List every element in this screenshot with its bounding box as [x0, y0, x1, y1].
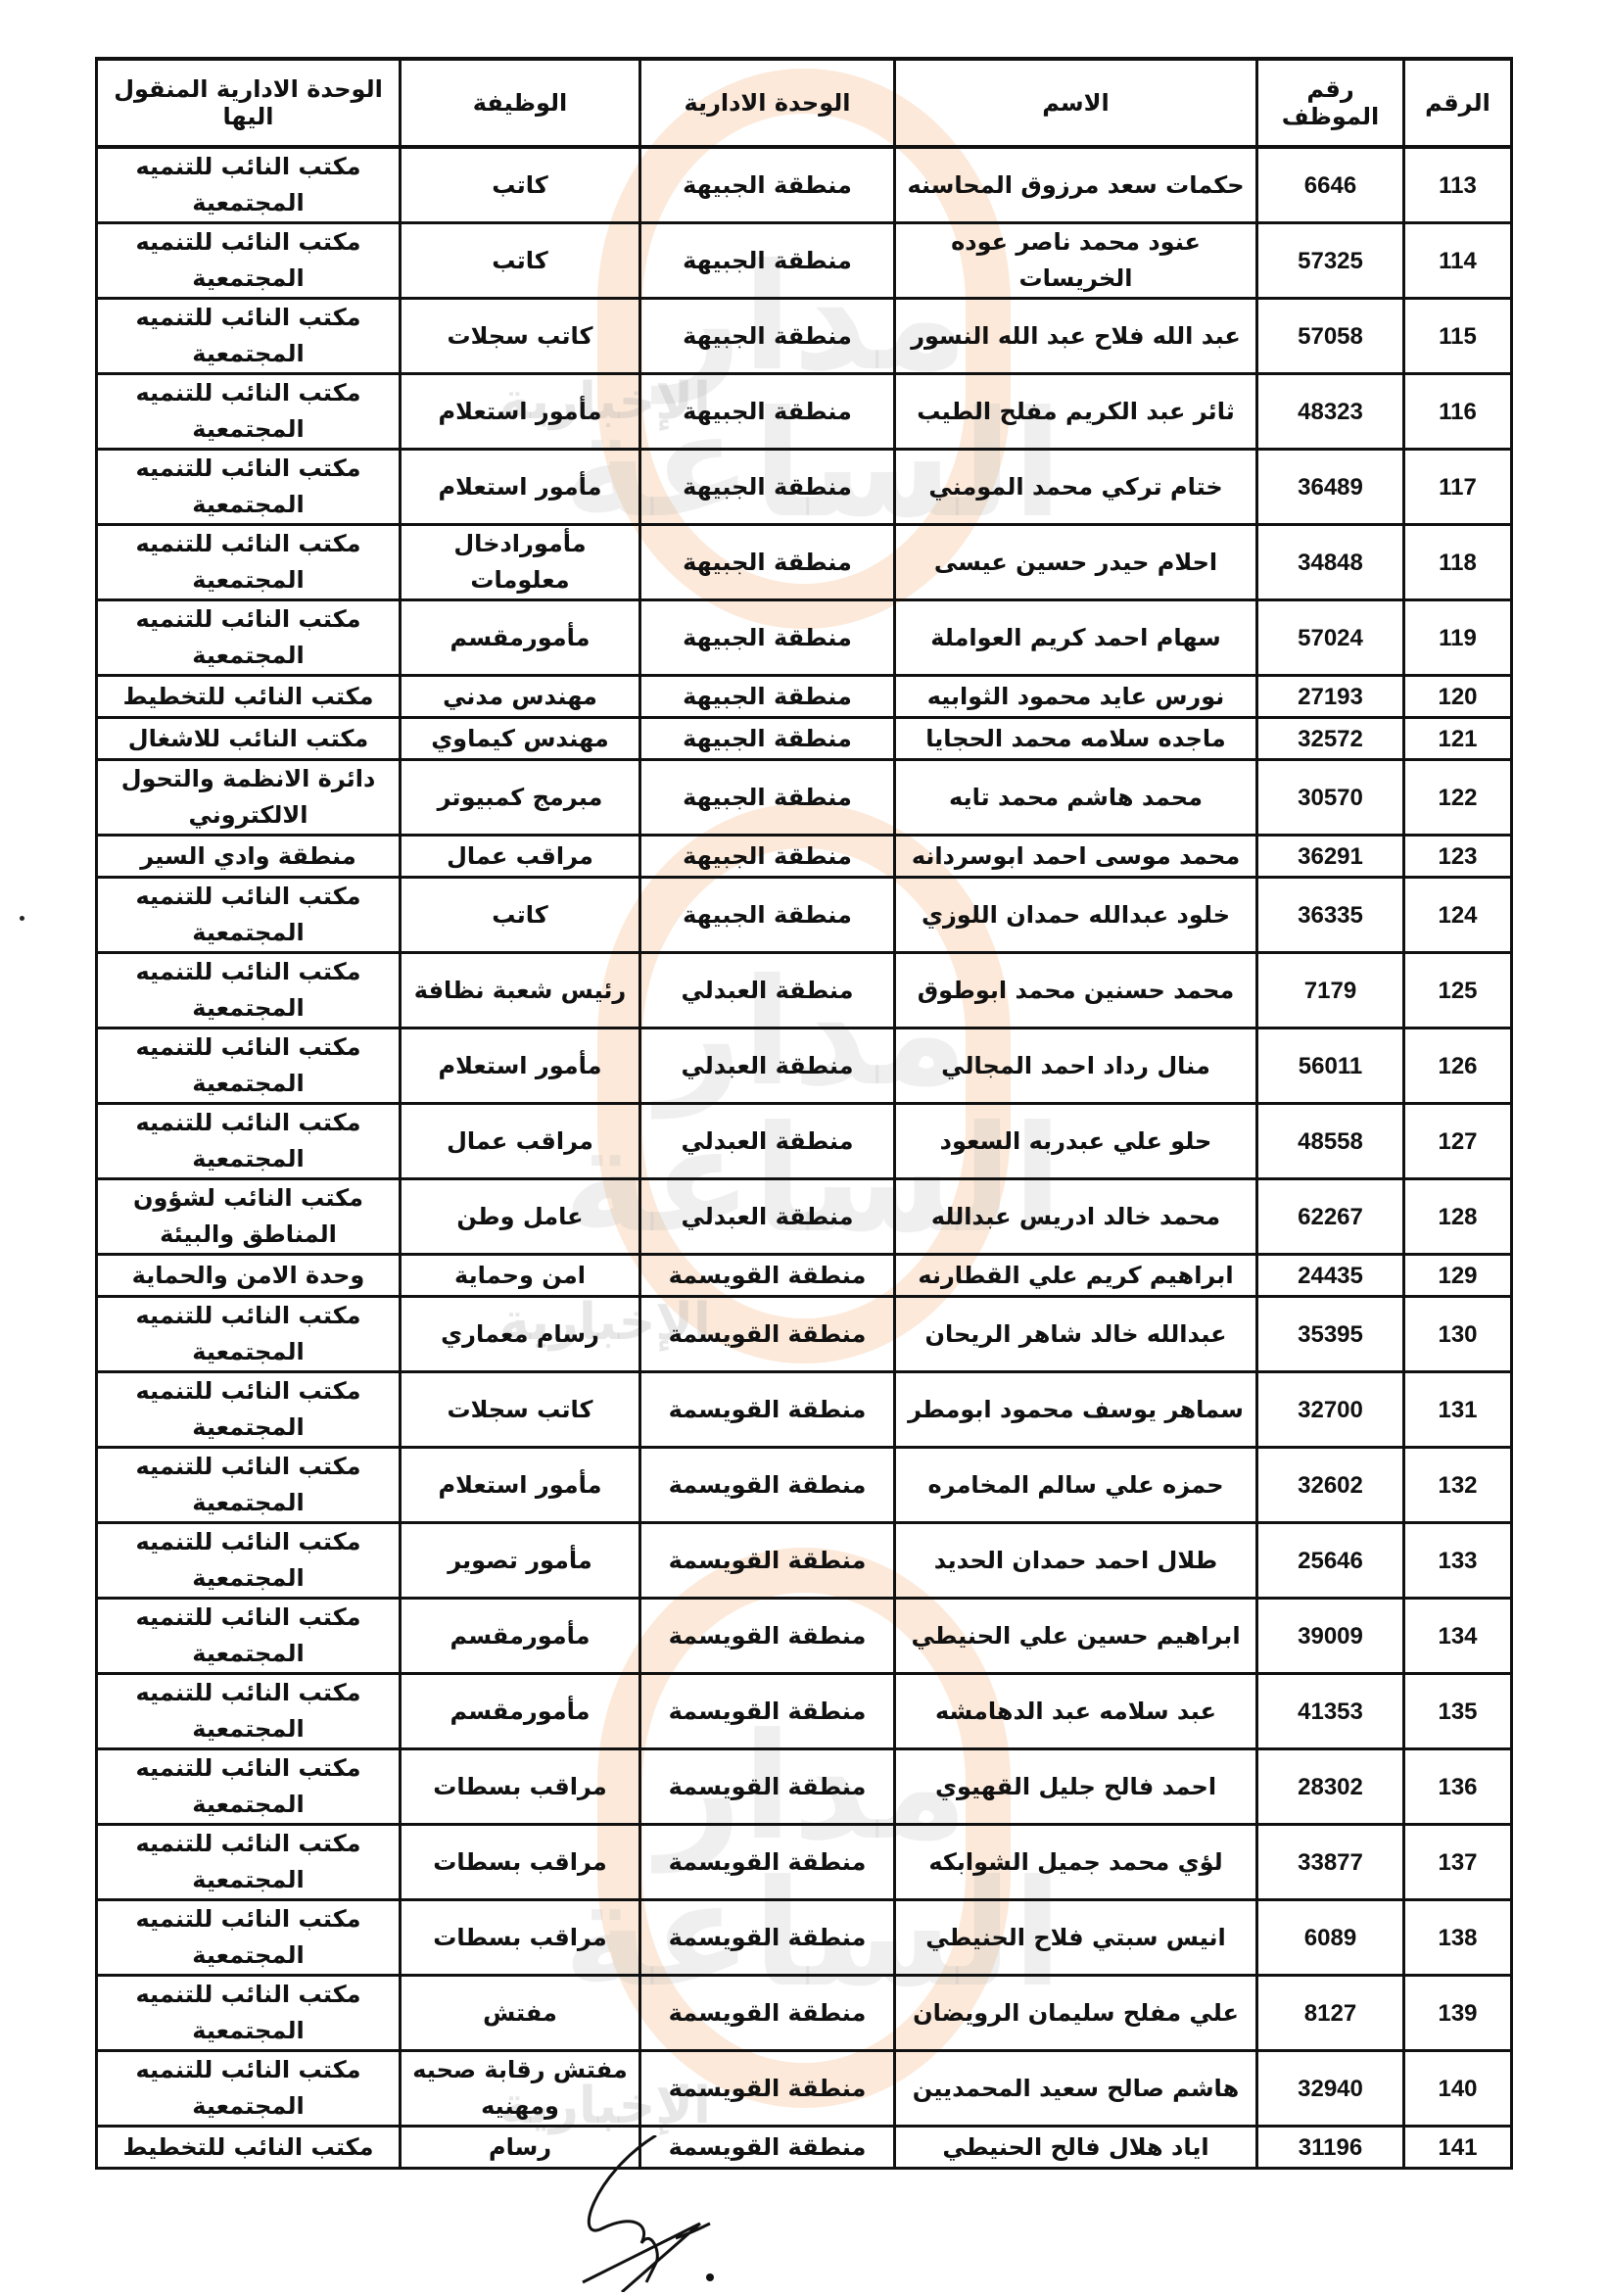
cell-admin-unit: منطقة الجبيهة: [640, 450, 895, 525]
cell-job-title: كاتب سجلات: [401, 1372, 640, 1448]
cell-name: حمزه علي سالم المخامره: [895, 1448, 1257, 1523]
cell-name: محمد هاشم محمد تايه: [895, 760, 1257, 836]
table-row: 12436335خلود عبدالله حمدان اللوزيمنطقة ا…: [97, 878, 1512, 953]
cell-employee-number: 36489: [1257, 450, 1404, 525]
cell-job-title: مأمور استعلام: [401, 1028, 640, 1104]
cell-admin-unit: منطقة القويسمة: [640, 1976, 895, 2051]
table-row: 11736489ختام تركي محمد المومنيمنطقة الجب…: [97, 450, 1512, 525]
cell-name: محمد موسى احمد ابوسردانه: [895, 836, 1257, 878]
table-row: 11457325عنود محمد ناصر عوده الخريساتمنطق…: [97, 223, 1512, 299]
cell-row-number: 140: [1404, 2051, 1512, 2127]
cell-employee-number: 36291: [1257, 836, 1404, 878]
cell-name: خلود عبدالله حمدان اللوزي: [895, 878, 1257, 953]
cell-transferred-to: منطقة وادي السير: [97, 836, 401, 878]
cell-employee-number: 48558: [1257, 1104, 1404, 1179]
header-admin-unit: الوحدة الادارية: [640, 59, 895, 147]
cell-name: عبد سلامه عبد الدهامشه: [895, 1674, 1257, 1749]
cell-employee-number: 32700: [1257, 1372, 1404, 1448]
cell-name: علي مفلح سليمان الرويضان: [895, 1976, 1257, 2051]
cell-transferred-to: مكتب النائب للتنميه المجتمعية: [97, 299, 401, 374]
cell-transferred-to: مكتب النائب للتنميه المجتمعية: [97, 525, 401, 600]
cell-transferred-to: مكتب النائب للتنميه المجتمعية: [97, 1028, 401, 1104]
cell-row-number: 118: [1404, 525, 1512, 600]
cell-transferred-to: مكتب النائب للتنميه المجتمعية: [97, 1297, 401, 1372]
cell-employee-number: 32940: [1257, 2051, 1404, 2127]
table-row: 1386089انيس سبتي فلاح الحنيطيمنطقة القوي…: [97, 1900, 1512, 1976]
table-row: 11834848احلام حيدر حسين عيسىمنطقة الجبيه…: [97, 525, 1512, 600]
cell-name: سهام احمد كريم العواملة: [895, 600, 1257, 676]
cell-row-number: 132: [1404, 1448, 1512, 1523]
cell-job-title: مفتش رقابة صحيه ومهنيه: [401, 2051, 640, 2127]
cell-row-number: 115: [1404, 299, 1512, 374]
cell-employee-number: 8127: [1257, 1976, 1404, 2051]
header-employee-number: رقم الموظف: [1257, 59, 1404, 147]
cell-employee-number: 32602: [1257, 1448, 1404, 1523]
cell-row-number: 134: [1404, 1599, 1512, 1674]
cell-transferred-to: مكتب النائب للتنميه المجتمعية: [97, 600, 401, 676]
cell-employee-number: 62267: [1257, 1179, 1404, 1255]
cell-row-number: 131: [1404, 1372, 1512, 1448]
cell-job-title: كاتب: [401, 147, 640, 223]
cell-row-number: 139: [1404, 1976, 1512, 2051]
cell-job-title: مراقب بسطات: [401, 1900, 640, 1976]
table-row: 12656011منال رداد احمد المجاليمنطقة العب…: [97, 1028, 1512, 1104]
table-row: 13132700سماهر يوسف محمود ابومطرمنطقة الق…: [97, 1372, 1512, 1448]
cell-name: طلال احمد حمدان الحديد: [895, 1523, 1257, 1599]
cell-employee-number: 7179: [1257, 953, 1404, 1028]
cell-admin-unit: منطقة القويسمة: [640, 1448, 895, 1523]
cell-admin-unit: منطقة القويسمة: [640, 1372, 895, 1448]
cell-job-title: كاتب: [401, 878, 640, 953]
cell-admin-unit: منطقة الجبيهة: [640, 760, 895, 836]
table-row: 1136646حكمات سعد مرزوق المحاسنهمنطقة الج…: [97, 147, 1512, 223]
cell-admin-unit: منطقة الجبيهة: [640, 718, 895, 760]
cell-name: عنود محمد ناصر عوده الخريسات: [895, 223, 1257, 299]
cell-row-number: 128: [1404, 1179, 1512, 1255]
cell-row-number: 130: [1404, 1297, 1512, 1372]
table-row: 13035395عبدالله خالد شاهر الريحانمنطقة ا…: [97, 1297, 1512, 1372]
table-row: 1398127علي مفلح سليمان الرويضانمنطقة الق…: [97, 1976, 1512, 2051]
cell-job-title: مأمورمقسم: [401, 600, 640, 676]
cell-admin-unit: منطقة القويسمة: [640, 1599, 895, 1674]
cell-job-title: كاتب: [401, 223, 640, 299]
header-name: الاسم: [895, 59, 1257, 147]
cell-job-title: مراقب بسطات: [401, 1825, 640, 1900]
cell-name: محمد حسنين محمد ابوطوق: [895, 953, 1257, 1028]
cell-job-title: امن وحماية: [401, 1255, 640, 1297]
cell-transferred-to: مكتب النائب للتنميه المجتمعية: [97, 1104, 401, 1179]
table-row: 1257179محمد حسنين محمد ابوطوقمنطقة العبد…: [97, 953, 1512, 1028]
cell-row-number: 133: [1404, 1523, 1512, 1599]
table-row: 11557058عبد الله فلاح عبد الله النسورمنط…: [97, 299, 1512, 374]
signature-mark: [563, 2135, 769, 2292]
table-row: 12862267محمد خالد ادريس عبداللهمنطقة الع…: [97, 1179, 1512, 1255]
cell-row-number: 129: [1404, 1255, 1512, 1297]
cell-row-number: 125: [1404, 953, 1512, 1028]
table-row: 12132572ماجده سلامه محمد الحجايامنطقة ال…: [97, 718, 1512, 760]
cell-admin-unit: منطقة العبدلي: [640, 1179, 895, 1255]
cell-job-title: مأمورمقسم: [401, 1674, 640, 1749]
cell-transferred-to: مكتب النائب للتنميه المجتمعية: [97, 1976, 401, 2051]
cell-employee-number: 30570: [1257, 760, 1404, 836]
table-row: 11957024سهام احمد كريم العواملةمنطقة الج…: [97, 600, 1512, 676]
cell-job-title: مبرمج كمبيوتر: [401, 760, 640, 836]
cell-admin-unit: منطقة القويسمة: [640, 1297, 895, 1372]
cell-name: ابراهيم حسين علي الحنيطي: [895, 1599, 1257, 1674]
cell-admin-unit: منطقة العبدلي: [640, 953, 895, 1028]
cell-row-number: 116: [1404, 374, 1512, 450]
header-transferred-to: الوحدة الادارية المنقول اليها: [97, 59, 401, 147]
table-row: 13541353عبد سلامه عبد الدهامشهمنطقة القو…: [97, 1674, 1512, 1749]
cell-admin-unit: منطقة الجبيهة: [640, 299, 895, 374]
cell-job-title: مراقب عمال: [401, 1104, 640, 1179]
cell-row-number: 120: [1404, 676, 1512, 718]
cell-job-title: كاتب سجلات: [401, 299, 640, 374]
cell-name: محمد خالد ادريس عبدالله: [895, 1179, 1257, 1255]
cell-transferred-to: مكتب النائب للتنميه المجتمعية: [97, 1599, 401, 1674]
table-row: 12924435ابراهيم كريم علي القطارنهمنطقة ا…: [97, 1255, 1512, 1297]
cell-name: نورس عايد محمود الثوابيه: [895, 676, 1257, 718]
cell-transferred-to: مكتب النائب للتنميه المجتمعية: [97, 2051, 401, 2127]
cell-name: ختام تركي محمد المومني: [895, 450, 1257, 525]
cell-row-number: 127: [1404, 1104, 1512, 1179]
cell-transferred-to: مكتب النائب للتنميه المجتمعية: [97, 878, 401, 953]
cell-row-number: 117: [1404, 450, 1512, 525]
table-body: 1136646حكمات سعد مرزوق المحاسنهمنطقة الج…: [97, 147, 1512, 2169]
cell-job-title: مأمورادخال معلومات: [401, 525, 640, 600]
cell-row-number: 136: [1404, 1749, 1512, 1825]
cell-transferred-to: مكتب النائب للتنميه المجتمعية: [97, 450, 401, 525]
cell-employee-number: 32572: [1257, 718, 1404, 760]
cell-row-number: 124: [1404, 878, 1512, 953]
cell-transferred-to: مكتب النائب للتنميه المجتمعية: [97, 1825, 401, 1900]
cell-admin-unit: منطقة الجبيهة: [640, 525, 895, 600]
cell-admin-unit: منطقة الجبيهة: [640, 600, 895, 676]
cell-row-number: 122: [1404, 760, 1512, 836]
cell-name: انيس سبتي فلاح الحنيطي: [895, 1900, 1257, 1976]
cell-employee-number: 39009: [1257, 1599, 1404, 1674]
table-row: 13439009ابراهيم حسين علي الحنيطيمنطقة ال…: [97, 1599, 1512, 1674]
cell-row-number: 119: [1404, 600, 1512, 676]
cell-job-title: مأمور استعلام: [401, 450, 640, 525]
cell-transferred-to: مكتب النائب للتنميه المجتمعية: [97, 1372, 401, 1448]
cell-job-title: مأمورمقسم: [401, 1599, 640, 1674]
cell-employee-number: 27193: [1257, 676, 1404, 718]
cell-admin-unit: منطقة القويسمة: [640, 1749, 895, 1825]
cell-row-number: 138: [1404, 1900, 1512, 1976]
cell-transferred-to: مكتب النائب لشؤون المناطق والبيئة: [97, 1179, 401, 1255]
cell-row-number: 141: [1404, 2127, 1512, 2169]
cell-admin-unit: منطقة الجبيهة: [640, 147, 895, 223]
cell-admin-unit: منطقة القويسمة: [640, 1825, 895, 1900]
cell-job-title: مهندس مدني: [401, 676, 640, 718]
cell-transferred-to: مكتب النائب للتنميه المجتمعية: [97, 223, 401, 299]
cell-employee-number: 57058: [1257, 299, 1404, 374]
cell-transferred-to: مكتب النائب للتنميه المجتمعية: [97, 374, 401, 450]
cell-admin-unit: منطقة العبدلي: [640, 1104, 895, 1179]
cell-job-title: مأمور تصوير: [401, 1523, 640, 1599]
cell-name: عبد الله فلاح عبد الله النسور: [895, 299, 1257, 374]
cell-employee-number: 36335: [1257, 878, 1404, 953]
cell-employee-number: 34848: [1257, 525, 1404, 600]
cell-employee-number: 56011: [1257, 1028, 1404, 1104]
cell-employee-number: 57024: [1257, 600, 1404, 676]
cell-admin-unit: منطقة القويسمة: [640, 1255, 895, 1297]
cell-job-title: عامل وطن: [401, 1179, 640, 1255]
cell-row-number: 135: [1404, 1674, 1512, 1749]
cell-job-title: مهندس كيماوي: [401, 718, 640, 760]
cell-employee-number: 28302: [1257, 1749, 1404, 1825]
cell-admin-unit: منطقة القويسمة: [640, 1900, 895, 1976]
cell-name: حكمات سعد مرزوق المحاسنه: [895, 147, 1257, 223]
cell-job-title: مأمور استعلام: [401, 1448, 640, 1523]
cell-name: اياد هلال فالح الحنيطي: [895, 2127, 1257, 2169]
employee-transfer-table: الرقم رقم الموظف الاسم الوحدة الادارية ا…: [95, 57, 1513, 2170]
cell-name: سماهر يوسف محمود ابومطر: [895, 1372, 1257, 1448]
cell-transferred-to: مكتب النائب للتنميه المجتمعية: [97, 1448, 401, 1523]
cell-row-number: 126: [1404, 1028, 1512, 1104]
cell-transferred-to: مكتب النائب للتنميه المجتمعية: [97, 147, 401, 223]
cell-transferred-to: وحدة الامن والحماية: [97, 1255, 401, 1297]
cell-admin-unit: منطقة العبدلي: [640, 1028, 895, 1104]
cell-name: ماجده سلامه محمد الحجايا: [895, 718, 1257, 760]
cell-transferred-to: مكتب النائب للتنميه المجتمعية: [97, 1674, 401, 1749]
cell-employee-number: 35395: [1257, 1297, 1404, 1372]
cell-employee-number: 6089: [1257, 1900, 1404, 1976]
header-job-title: الوظيفة: [401, 59, 640, 147]
cell-job-title: رئيس شعبة نظافة: [401, 953, 640, 1028]
cell-name: منال رداد احمد المجالي: [895, 1028, 1257, 1104]
cell-row-number: 123: [1404, 836, 1512, 878]
cell-transferred-to: مكتب النائب للتنميه المجتمعية: [97, 953, 401, 1028]
cell-admin-unit: منطقة القويسمة: [640, 1523, 895, 1599]
cell-name: ابراهيم كريم علي القطارنه: [895, 1255, 1257, 1297]
cell-transferred-to: مكتب النائب للاشغال: [97, 718, 401, 760]
cell-employee-number: 48323: [1257, 374, 1404, 450]
cell-name: هاشم صالح سعيد المحمديين: [895, 2051, 1257, 2127]
cell-admin-unit: منطقة الجبيهة: [640, 836, 895, 878]
cell-name: حلو علي عبدربه السعود: [895, 1104, 1257, 1179]
table-row: 12336291محمد موسى احمد ابوسردانهمنطقة ال…: [97, 836, 1512, 878]
cell-transferred-to: مكتب النائب للتخطيط: [97, 676, 401, 718]
cell-name: ثائر عبد الكريم مفلح الطيب: [895, 374, 1257, 450]
cell-job-title: مفتش: [401, 1976, 640, 2051]
cell-employee-number: 57325: [1257, 223, 1404, 299]
cell-row-number: 121: [1404, 718, 1512, 760]
cell-name: عبدالله خالد شاهر الريحان: [895, 1297, 1257, 1372]
header-row-number: الرقم: [1404, 59, 1512, 147]
table-header-row: الرقم رقم الموظف الاسم الوحدة الادارية ا…: [97, 59, 1512, 147]
cell-name: احمد فالح جليل القهيوي: [895, 1749, 1257, 1825]
table-row: 13628302احمد فالح جليل القهيويمنطقة القو…: [97, 1749, 1512, 1825]
cell-job-title: مراقب عمال: [401, 836, 640, 878]
cell-admin-unit: منطقة الجبيهة: [640, 374, 895, 450]
cell-employee-number: 6646: [1257, 147, 1404, 223]
cell-transferred-to: دائرة الانظمة والتحول الالكتروني: [97, 760, 401, 836]
table-row: 12027193نورس عايد محمود الثوابيهمنطقة ال…: [97, 676, 1512, 718]
cell-name: احلام حيدر حسين عيسى: [895, 525, 1257, 600]
table-row: 12748558حلو علي عبدربه السعودمنطقة العبد…: [97, 1104, 1512, 1179]
table-row: 13325646طلال احمد حمدان الحديدمنطقة القو…: [97, 1523, 1512, 1599]
cell-admin-unit: منطقة القويسمة: [640, 2051, 895, 2127]
cell-row-number: 114: [1404, 223, 1512, 299]
cell-employee-number: 33877: [1257, 1825, 1404, 1900]
cell-name: لؤي محمد جميل الشوابكه: [895, 1825, 1257, 1900]
table-row: 14131196اياد هلال فالح الحنيطيمنطقة القو…: [97, 2127, 1512, 2169]
cell-job-title: رسام معماري: [401, 1297, 640, 1372]
cell-row-number: 113: [1404, 147, 1512, 223]
table-row: 11648323ثائر عبد الكريم مفلح الطيبمنطقة …: [97, 374, 1512, 450]
cell-transferred-to: مكتب النائب للتخطيط: [97, 2127, 401, 2169]
cell-job-title: مأمور استعلام: [401, 374, 640, 450]
table-row: 13232602حمزه علي سالم المخامرهمنطقة القو…: [97, 1448, 1512, 1523]
table-row: 12230570محمد هاشم محمد تايهمنطقة الجبيهة…: [97, 760, 1512, 836]
scan-mark: [20, 916, 24, 921]
cell-employee-number: 24435: [1257, 1255, 1404, 1297]
cell-transferred-to: مكتب النائب للتنميه المجتمعية: [97, 1749, 401, 1825]
table-row: 13733877لؤي محمد جميل الشوابكهمنطقة القو…: [97, 1825, 1512, 1900]
cell-admin-unit: منطقة القويسمة: [640, 1674, 895, 1749]
cell-job-title: مراقب بسطات: [401, 1749, 640, 1825]
cell-transferred-to: مكتب النائب للتنميه المجتمعية: [97, 1523, 401, 1599]
cell-row-number: 137: [1404, 1825, 1512, 1900]
cell-admin-unit: منطقة الجبيهة: [640, 676, 895, 718]
cell-employee-number: 25646: [1257, 1523, 1404, 1599]
cell-admin-unit: منطقة الجبيهة: [640, 223, 895, 299]
cell-admin-unit: منطقة الجبيهة: [640, 878, 895, 953]
cell-employee-number: 31196: [1257, 2127, 1404, 2169]
cell-employee-number: 41353: [1257, 1674, 1404, 1749]
table-row: 14032940هاشم صالح سعيد المحمديينمنطقة ال…: [97, 2051, 1512, 2127]
cell-transferred-to: مكتب النائب للتنميه المجتمعية: [97, 1900, 401, 1976]
